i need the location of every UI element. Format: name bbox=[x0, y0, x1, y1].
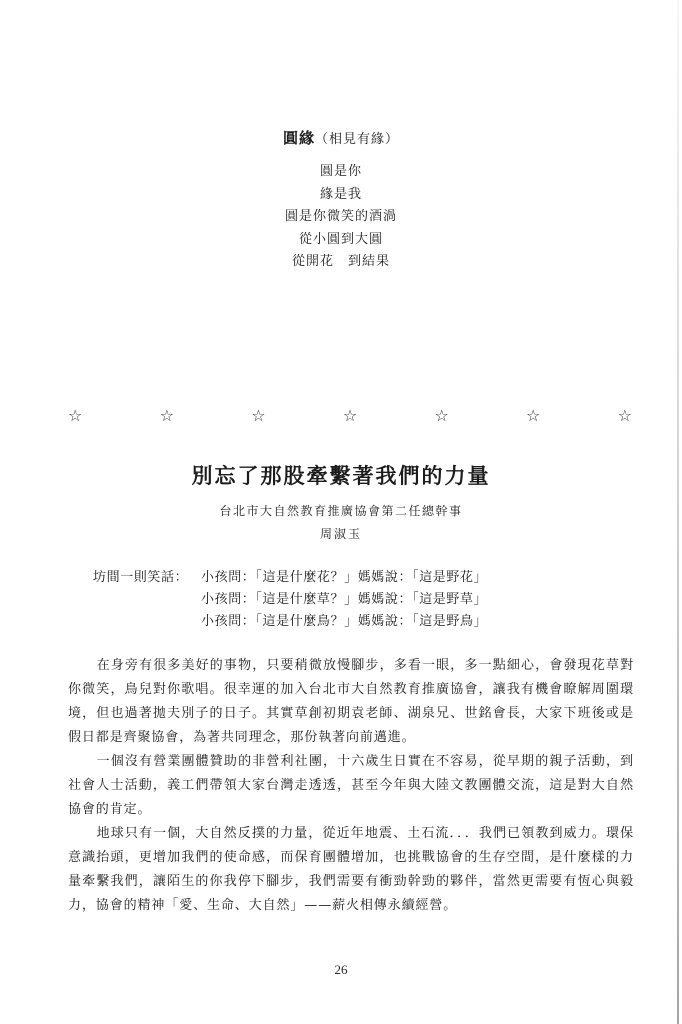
poem-title: 圓緣（相見有緣） bbox=[0, 127, 682, 151]
author-organization: 台北市大自然教育推廣協會第二任總幹事 bbox=[0, 502, 682, 520]
star-icon: ☆ bbox=[618, 406, 632, 426]
author-name: 周淑玉 bbox=[0, 525, 682, 543]
poem-line: 圓是你微笑的酒渦 bbox=[0, 206, 682, 229]
joke-text: 小孩問：「這是什麼花？」媽媽說：「這是野花」 bbox=[201, 567, 487, 589]
joke-text: 小孩問：「這是什麼鳥？」媽媽說：「這是野鳥」 bbox=[201, 611, 487, 633]
poem-line: 緣是我 bbox=[0, 184, 682, 207]
star-icon: ☆ bbox=[68, 406, 82, 426]
page-number: 26 bbox=[0, 962, 682, 978]
joke-lead: 坊間一則笑話： bbox=[93, 567, 201, 589]
joke-line: 小孩問：「這是什麼草？」媽媽說：「這是野草」 bbox=[93, 589, 533, 611]
body-paragraph: 在身旁有很多美好的事物，只要稍微放慢腳步，多看一眼，多一點細心，會發現花草對你微… bbox=[68, 654, 634, 750]
star-icon: ☆ bbox=[434, 406, 448, 426]
joke-text: 小孩問：「這是什麼草？」媽媽說：「這是野草」 bbox=[201, 589, 487, 611]
poem-line: 圓是你 bbox=[0, 161, 682, 184]
article-body: 在身旁有很多美好的事物，只要稍微放慢腳步，多看一眼，多一點細心，會發現花草對你微… bbox=[68, 654, 634, 918]
poem-title-main: 圓緣 bbox=[283, 129, 315, 147]
joke-line: 小孩問：「這是什麼鳥？」媽媽說：「這是野鳥」 bbox=[93, 611, 533, 633]
joke-lead-spacer bbox=[93, 589, 201, 611]
body-paragraph: 一個沒有營業團體贊助的非營利社團，十六歲生日實在不容易，從早期的親子活動，到社會… bbox=[68, 750, 634, 822]
star-icon: ☆ bbox=[160, 406, 174, 426]
joke-line: 坊間一則笑話：小孩問：「這是什麼花？」媽媽說：「這是野花」 bbox=[93, 567, 533, 589]
poem-section: 圓緣（相見有緣） 圓是你 緣是我 圓是你微笑的酒渦 從小圓到大圓 從開花 到結果 bbox=[0, 127, 682, 274]
poem-line: 從開花 到結果 bbox=[0, 251, 682, 274]
poem-line: 從小圓到大圓 bbox=[0, 229, 682, 252]
article-title: 別忘了那股牽繫著我們的力量 bbox=[0, 461, 682, 491]
joke-lead-spacer bbox=[93, 611, 201, 633]
star-divider: ☆ ☆ ☆ ☆ ☆ ☆ ☆ bbox=[68, 406, 632, 426]
star-icon: ☆ bbox=[526, 406, 540, 426]
star-icon: ☆ bbox=[343, 406, 357, 426]
body-paragraph: 地球只有一個，大自然反撲的力量，從近年地震、土石流．．．我們已領教到威力。環保意… bbox=[68, 822, 634, 918]
poem-subtitle: （相見有緣） bbox=[315, 132, 399, 147]
joke-block: 坊間一則笑話：小孩問：「這是什麼花？」媽媽說：「這是野花」 小孩問：「這是什麼草… bbox=[93, 567, 533, 633]
star-icon: ☆ bbox=[251, 406, 265, 426]
